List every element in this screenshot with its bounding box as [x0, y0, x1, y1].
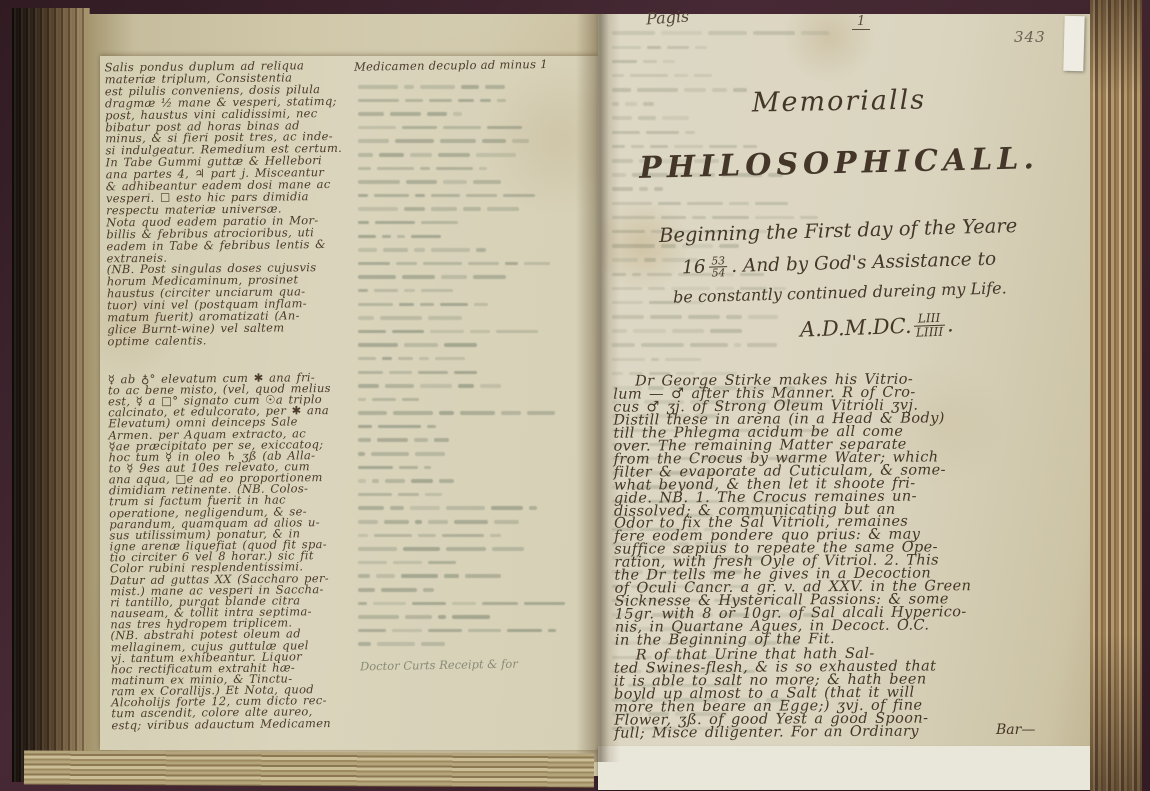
showthrough-stroke — [414, 438, 428, 442]
showthrough-row — [354, 461, 596, 475]
showthrough-row — [354, 569, 596, 583]
showthrough-row — [608, 40, 1076, 54]
showthrough-stroke — [631, 145, 643, 149]
showthrough-row — [354, 597, 596, 611]
showthrough-stroke — [476, 153, 516, 157]
date-anno-domini: A.D.M.DC. LIII LIIII . — [800, 311, 954, 343]
showthrough-row — [608, 26, 1076, 40]
showthrough-row — [354, 230, 596, 244]
showthrough-stroke — [612, 145, 625, 149]
middle-column: Medicamen decuplo ad minus 1 Doctor Curt… — [354, 58, 596, 752]
showthrough-stroke — [427, 425, 436, 429]
showthrough-stroke — [358, 139, 389, 143]
showthrough-row — [354, 610, 596, 624]
showthrough-stroke — [747, 343, 777, 347]
showthrough-stroke — [512, 139, 529, 143]
showthrough-stroke — [612, 187, 633, 191]
showthrough-stroke — [442, 534, 484, 538]
showthrough-stroke — [374, 534, 412, 538]
showthrough-stroke — [379, 153, 404, 157]
showthrough-stroke — [405, 615, 432, 619]
showthrough-stroke — [654, 187, 663, 191]
showthrough-stroke — [415, 520, 422, 524]
showthrough-stroke — [358, 85, 398, 89]
showthrough-stroke — [494, 520, 519, 524]
showthrough-stroke — [358, 207, 398, 211]
showthrough-row — [354, 94, 596, 108]
showthrough-stroke — [358, 330, 386, 334]
showthrough-row — [354, 189, 596, 203]
middle-column-heading-line: Medicamen decuplo ad minus 1 — [354, 56, 596, 73]
showthrough-stroke — [428, 520, 447, 524]
showthrough-stroke — [527, 411, 555, 415]
showthrough-stroke — [358, 180, 400, 184]
showthrough-stroke — [423, 588, 434, 592]
showthrough-stroke — [374, 194, 409, 198]
showthrough-stroke — [398, 493, 419, 497]
showthrough-stroke — [358, 357, 376, 361]
showthrough-stroke — [390, 506, 404, 510]
showthrough-stroke — [661, 31, 703, 35]
showthrough-stroke — [358, 629, 386, 633]
showthrough-stroke — [674, 74, 688, 78]
showthrough-row — [354, 284, 596, 298]
showthrough-stroke — [358, 303, 393, 307]
showthrough-stroke — [404, 85, 415, 89]
showthrough-stroke — [487, 207, 520, 211]
showthrough-stroke — [650, 315, 682, 319]
showthrough-stroke — [633, 329, 666, 333]
showthrough-stroke — [399, 466, 417, 470]
showthrough-row — [608, 352, 1076, 366]
showthrough-stroke — [385, 479, 405, 483]
showthrough-stroke — [755, 202, 788, 206]
showthrough-stroke — [377, 642, 415, 646]
showthrough-stroke — [392, 629, 422, 633]
showthrough-stroke — [358, 112, 384, 116]
showthrough-stroke — [651, 358, 658, 362]
showthrough-stroke — [380, 316, 422, 320]
subtitle: Beginning the First day of the Yeare 16 … — [601, 207, 1077, 313]
showthrough-stroke — [524, 262, 550, 266]
showthrough-stroke — [358, 262, 390, 266]
showthrough-stroke — [397, 235, 404, 239]
showthrough-stroke — [411, 235, 441, 239]
showthrough-stroke — [424, 466, 432, 470]
showthrough-stroke — [393, 411, 434, 415]
showthrough-stroke — [492, 547, 524, 551]
showthrough-row — [354, 298, 596, 312]
showthrough-stroke — [548, 629, 556, 633]
showthrough-stroke — [497, 99, 505, 103]
showthrough-stroke — [410, 153, 432, 157]
showthrough-stroke — [470, 330, 491, 334]
showthrough-stroke — [438, 615, 446, 619]
showthrough-stroke — [358, 248, 377, 252]
showthrough-stroke — [440, 303, 469, 307]
showthrough-stroke — [418, 371, 448, 375]
page-number: 1 — [852, 14, 870, 30]
showthrough-stroke — [399, 303, 415, 307]
showthrough-stroke — [358, 221, 369, 225]
showthrough-stroke — [436, 167, 473, 171]
showthrough-stroke — [372, 479, 380, 483]
showthrough-stroke — [643, 60, 657, 64]
showthrough-stroke — [427, 112, 447, 116]
showthrough-stroke — [401, 574, 438, 578]
showthrough-stroke — [381, 588, 417, 592]
bleed-through-texture — [354, 80, 596, 651]
showthrough-stroke — [646, 131, 679, 135]
folio-number: 343 — [1014, 28, 1046, 46]
showthrough-row — [354, 529, 596, 543]
showthrough-stroke — [376, 574, 395, 578]
date-suffix: . — [946, 313, 954, 337]
showthrough-stroke — [402, 275, 434, 279]
showthrough-stroke — [415, 194, 425, 198]
showthrough-stroke — [402, 126, 437, 130]
showthrough-stroke — [403, 547, 440, 551]
showthrough-stroke — [726, 315, 742, 319]
showthrough-stroke — [415, 452, 445, 456]
showthrough-stroke — [428, 629, 462, 633]
underlying-page-edge — [598, 746, 1096, 790]
showthrough-stroke — [430, 330, 464, 334]
showthrough-stroke — [395, 139, 434, 143]
showthrough-stroke — [412, 602, 446, 606]
showthrough-stroke — [378, 425, 421, 429]
showthrough-stroke — [358, 506, 384, 510]
showthrough-stroke — [710, 329, 742, 333]
showthrough-stroke — [402, 398, 419, 402]
showthrough-stroke — [358, 438, 371, 442]
showthrough-stroke — [358, 194, 368, 198]
showthrough-stroke — [404, 343, 438, 347]
showthrough-stroke — [647, 46, 661, 50]
showthrough-stroke — [382, 357, 392, 361]
showthrough-row — [608, 69, 1076, 83]
showthrough-stroke — [358, 371, 383, 375]
showthrough-row — [354, 393, 596, 407]
showthrough-stroke — [454, 371, 477, 375]
showthrough-row — [354, 202, 596, 216]
showthrough-stroke — [358, 384, 379, 388]
showthrough-row — [354, 162, 596, 176]
showthrough-stroke — [441, 275, 467, 279]
showthrough-stroke — [425, 493, 443, 497]
showthrough-stroke — [665, 358, 701, 362]
showthrough-stroke — [446, 506, 486, 510]
showthrough-stroke — [446, 547, 486, 551]
showthrough-row — [354, 216, 596, 230]
showthrough-stroke — [434, 438, 449, 442]
showthrough-row — [354, 542, 596, 556]
showthrough-stroke — [358, 289, 368, 293]
showthrough-stroke — [801, 31, 829, 35]
showthrough-stroke — [468, 629, 502, 633]
year-denominator: 54 — [710, 267, 728, 279]
showthrough-stroke — [482, 139, 506, 143]
showthrough-stroke — [612, 358, 645, 362]
showthrough-stroke — [690, 343, 728, 347]
showthrough-stroke — [358, 520, 378, 524]
showthrough-stroke — [674, 145, 702, 149]
showthrough-stroke — [371, 452, 409, 456]
showthrough-stroke — [358, 642, 371, 646]
showthrough-stroke — [358, 275, 396, 279]
showthrough-stroke — [431, 207, 458, 211]
date-fraction: LIII LIIII — [913, 312, 945, 340]
showthrough-stroke — [421, 642, 445, 646]
showthrough-stroke — [439, 479, 453, 483]
showthrough-stroke — [695, 46, 707, 50]
showthrough-stroke — [458, 384, 474, 388]
showthrough-stroke — [435, 357, 465, 361]
showthrough-stroke — [358, 493, 392, 497]
showthrough-stroke — [389, 371, 412, 375]
catchword: Bar— — [996, 722, 1035, 738]
bookmark-tab — [1063, 16, 1084, 72]
showthrough-row — [354, 311, 596, 325]
showthrough-row — [354, 121, 596, 135]
date-denominator: LIIII — [914, 325, 946, 339]
showthrough-stroke — [443, 126, 481, 130]
left-column-text: Salis pondus duplum ad reliquamateriæ tr… — [105, 60, 366, 731]
showthrough-row — [354, 175, 596, 189]
showthrough-row — [354, 80, 596, 94]
showthrough-stroke — [482, 602, 518, 606]
showthrough-stroke — [358, 167, 371, 171]
showthrough-stroke — [490, 534, 502, 538]
showthrough-stroke — [418, 534, 436, 538]
showthrough-row — [354, 474, 596, 488]
showthrough-stroke — [421, 289, 452, 293]
showthrough-row — [354, 556, 596, 570]
showthrough-stroke — [496, 330, 538, 334]
showthrough-stroke — [468, 262, 498, 266]
fore-edge-page-stack — [1090, 0, 1142, 791]
showthrough-row — [354, 447, 596, 461]
showthrough-stroke — [431, 194, 460, 198]
showthrough-stroke — [612, 46, 641, 50]
showthrough-stroke — [453, 112, 461, 116]
showthrough-stroke — [420, 167, 429, 171]
showthrough-stroke — [404, 207, 424, 211]
showthrough-row — [354, 488, 596, 502]
showthrough-stroke — [501, 411, 521, 415]
showthrough-row — [354, 379, 596, 393]
showthrough-stroke — [358, 574, 370, 578]
showthrough-stroke — [420, 303, 433, 307]
showthrough-stroke — [466, 194, 497, 198]
showthrough-stroke — [358, 316, 374, 320]
showthrough-stroke — [505, 262, 518, 266]
showthrough-stroke — [476, 248, 486, 252]
showthrough-stroke — [372, 398, 395, 402]
showthrough-row — [354, 406, 596, 420]
showthrough-stroke — [382, 235, 391, 239]
showthrough-stroke — [491, 506, 522, 510]
showthrough-row — [354, 352, 596, 366]
showthrough-stroke — [358, 561, 387, 565]
showthrough-stroke — [358, 99, 399, 103]
showthrough-stroke — [458, 99, 474, 103]
showthrough-stroke — [373, 602, 405, 606]
showthrough-stroke — [358, 398, 366, 402]
showthrough-stroke — [396, 262, 417, 266]
showthrough-stroke — [358, 547, 397, 551]
showthrough-stroke — [377, 438, 408, 442]
showthrough-stroke — [694, 74, 713, 78]
showthrough-stroke — [460, 411, 495, 415]
left-page-stack-edge — [12, 8, 90, 782]
showthrough-stroke — [474, 303, 488, 307]
showthrough-stroke — [393, 561, 422, 565]
showthrough-row — [354, 515, 596, 529]
year-prefix: 16 — [682, 252, 706, 284]
showthrough-row — [354, 583, 596, 597]
left-column-part1: Salis pondus duplum ad reliquamateriæ tr… — [105, 60, 362, 348]
bottom-page-stack-edge — [24, 751, 594, 788]
showthrough-stroke — [377, 167, 414, 171]
showthrough-stroke — [753, 31, 794, 35]
page-word-annotation: Pagis — [645, 7, 689, 29]
showthrough-stroke — [375, 221, 415, 225]
showthrough-stroke — [452, 615, 490, 619]
showthrough-stroke — [461, 85, 480, 89]
manuscript-line: optime calentis. — [107, 334, 361, 349]
showthrough-stroke — [440, 139, 476, 143]
year-fraction: 53 54 — [709, 255, 727, 279]
showthrough-stroke — [398, 357, 413, 361]
showthrough-stroke — [612, 31, 655, 35]
showthrough-stroke — [358, 153, 373, 157]
showthrough-stroke — [438, 153, 470, 157]
manuscript-line: estq; viribus adauctum Medicamen — [111, 717, 365, 731]
showthrough-stroke — [358, 235, 376, 239]
showthrough-stroke — [485, 85, 504, 89]
entry-vitriolum-paragraph: Dr George Stirke makes his Vitrio-lum — … — [613, 372, 1093, 647]
showthrough-stroke — [358, 588, 375, 592]
showthrough-stroke — [729, 202, 749, 206]
showthrough-row — [354, 134, 596, 148]
showthrough-stroke — [390, 112, 421, 116]
showthrough-stroke — [612, 329, 627, 333]
showthrough-stroke — [358, 126, 396, 130]
showthrough-row — [354, 257, 596, 271]
showthrough-row — [354, 433, 596, 447]
showthrough-stroke — [672, 329, 704, 333]
showthrough-stroke — [503, 194, 535, 198]
showthrough-stroke — [410, 506, 440, 510]
showthrough-stroke — [612, 60, 637, 64]
showthrough-stroke — [708, 31, 747, 35]
showthrough-stroke — [473, 180, 501, 184]
showthrough-stroke — [685, 131, 695, 135]
showthrough-row — [354, 243, 596, 257]
showthrough-stroke — [414, 248, 424, 252]
showthrough-stroke — [524, 602, 565, 606]
showthrough-row — [354, 148, 596, 162]
showthrough-stroke — [444, 574, 459, 578]
showthrough-stroke — [358, 615, 399, 619]
showthrough-row — [608, 54, 1076, 68]
showthrough-stroke — [428, 316, 462, 320]
showthrough-stroke — [734, 343, 742, 347]
showthrough-stroke — [385, 384, 414, 388]
showthrough-stroke — [358, 452, 365, 456]
showthrough-stroke — [663, 60, 675, 64]
showthrough-stroke — [358, 602, 367, 606]
showthrough-stroke — [473, 275, 507, 279]
manuscript-photo: Salis pondus duplum ad reliquamateriæ tr… — [0, 0, 1150, 791]
showthrough-stroke — [431, 248, 470, 252]
showthrough-stroke — [454, 520, 488, 524]
showthrough-stroke — [421, 221, 458, 225]
showthrough-stroke — [748, 315, 778, 319]
showthrough-stroke — [374, 289, 398, 293]
showthrough-stroke — [443, 180, 467, 184]
showthrough-stroke — [452, 602, 476, 606]
showthrough-stroke — [404, 289, 415, 293]
showthrough-stroke — [439, 411, 454, 415]
showthrough-stroke — [612, 202, 652, 206]
left-column-part2: ☿ ab ♁° elevatum cum ✱ ana fri-to ac ben… — [108, 371, 366, 731]
showthrough-row — [354, 624, 596, 638]
showthrough-stroke — [358, 343, 398, 347]
showthrough-stroke — [487, 126, 522, 130]
showthrough-row — [354, 501, 596, 515]
showthrough-stroke — [423, 262, 462, 266]
showthrough-stroke — [479, 167, 487, 171]
showthrough-stroke — [429, 99, 452, 103]
showthrough-stroke — [463, 207, 480, 211]
showthrough-row — [354, 637, 596, 651]
showthrough-stroke — [667, 46, 690, 50]
showthrough-stroke — [639, 187, 648, 191]
showthrough-stroke — [444, 343, 477, 347]
showthrough-stroke — [358, 534, 368, 538]
showthrough-row — [608, 125, 1076, 139]
showthrough-stroke — [630, 74, 668, 78]
showthrough-row — [354, 365, 596, 379]
showthrough-row — [354, 107, 596, 121]
showthrough-stroke — [507, 629, 542, 633]
showthrough-stroke — [420, 384, 452, 388]
showthrough-stroke — [405, 99, 423, 103]
showthrough-stroke — [688, 315, 720, 319]
showthrough-stroke — [641, 343, 684, 347]
showthrough-stroke — [419, 357, 429, 361]
date-prefix: A.D.M.DC. — [800, 314, 912, 342]
showthrough-stroke — [392, 330, 425, 334]
showthrough-stroke — [612, 74, 624, 78]
middle-column-faint-line: Doctor Curts Receipt & for — [360, 657, 518, 674]
showthrough-stroke — [384, 520, 409, 524]
showthrough-stroke — [411, 479, 433, 483]
showthrough-stroke — [420, 85, 454, 89]
showthrough-row — [354, 270, 596, 284]
showthrough-stroke — [612, 315, 644, 319]
showthrough-row — [354, 420, 596, 434]
showthrough-stroke — [687, 202, 723, 206]
showthrough-stroke — [383, 248, 408, 252]
showthrough-stroke — [612, 131, 640, 135]
showthrough-stroke — [658, 202, 681, 206]
showthrough-row — [354, 325, 596, 339]
showthrough-stroke — [428, 561, 456, 565]
showthrough-stroke — [650, 145, 669, 149]
